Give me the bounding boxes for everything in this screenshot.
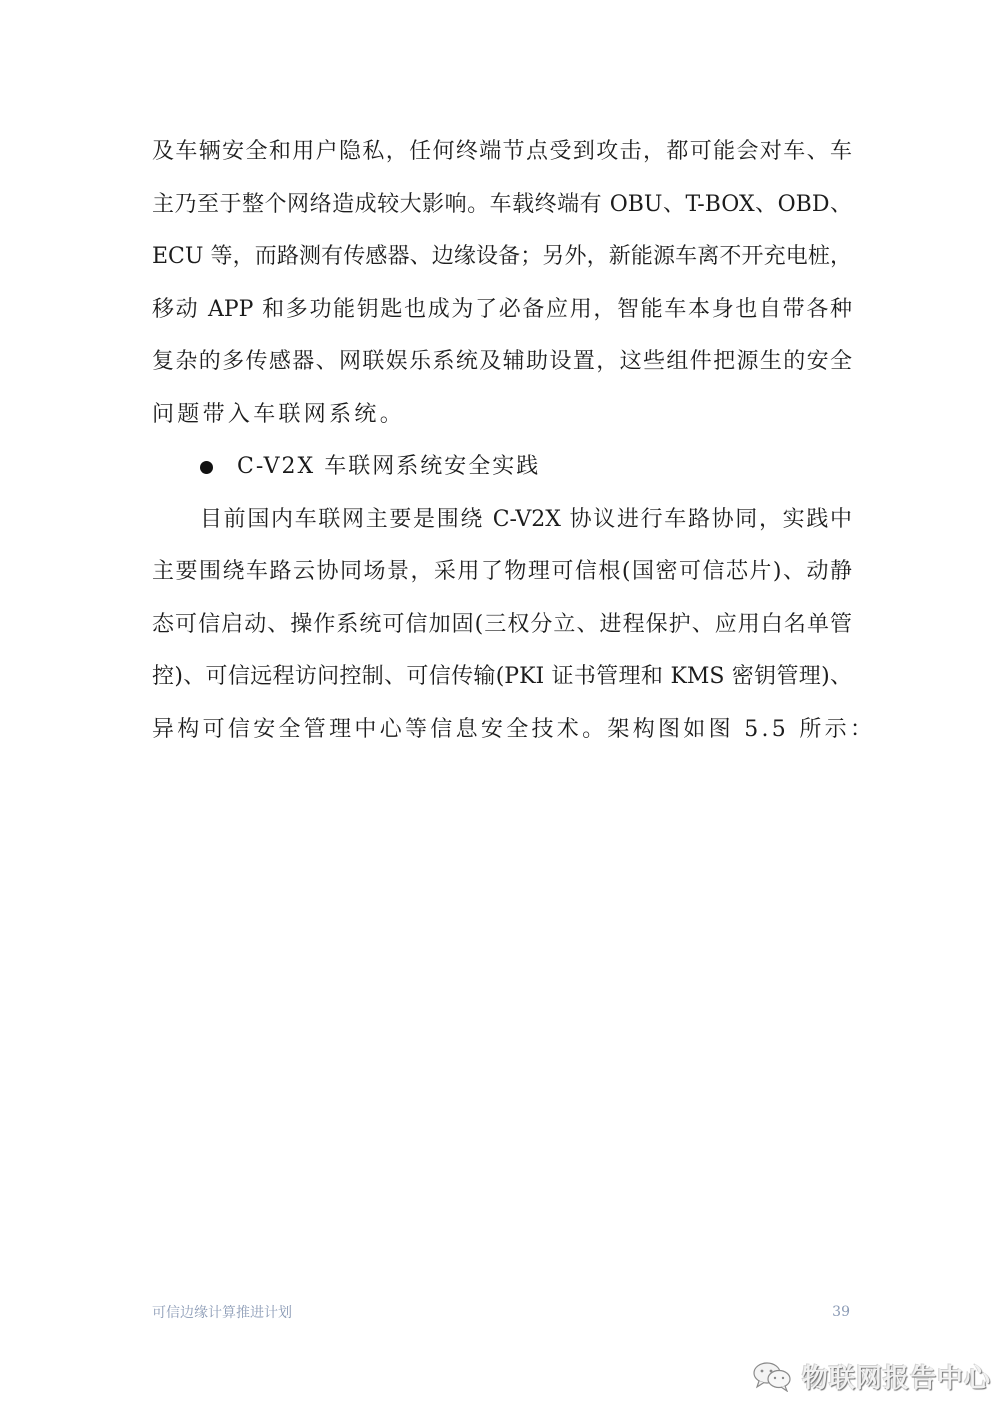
paragraph-2-line-2: 主要围绕车路云协同场景，采用了物理可信根(国密可信芯片)、动静 bbox=[152, 546, 852, 599]
paragraph-2-line-5: 异构可信安全管理中心等信息安全技术。架构图如图 5.5 所示： bbox=[152, 704, 852, 757]
paragraph-1-line-1: 及车辆安全和用户隐私，任何终端节点受到攻击，都可能会对车、车 bbox=[152, 126, 852, 179]
paragraph-1-line-4: 移动 APP 和多功能钥匙也成为了必备应用，智能车本身也自带各种 bbox=[152, 284, 852, 337]
page-number: 39 bbox=[832, 1304, 850, 1320]
document-page: 及车辆安全和用户隐私，任何终端节点受到攻击，都可能会对车、车 主乃至于整个网络造… bbox=[0, 0, 1000, 1415]
paragraph-2-line-3: 态可信启动、操作系统可信加固(三权分立、进程保护、应用白名单管 bbox=[152, 599, 852, 652]
paragraph-1-line-6: 问题带入车联网系统。 bbox=[152, 389, 852, 442]
paragraph-1-line-5: 复杂的多传感器、网联娱乐系统及辅助设置，这些组件把源生的安全 bbox=[152, 336, 852, 389]
watermark: 物联网报告中心 bbox=[752, 1356, 991, 1396]
paragraph-1-line-3: ECU 等，而路测有传感器、边缘设备；另外，新能源车离不开充电桩， bbox=[152, 231, 852, 284]
watermark-text: 物联网报告中心 bbox=[802, 1358, 991, 1395]
body-text: 及车辆安全和用户隐私，任何终端节点受到攻击，都可能会对车、车 主乃至于整个网络造… bbox=[152, 126, 852, 756]
paragraph-1-line-2: 主乃至于整个网络造成较大影响。车载终端有 OBU、T-BOX、OBD、 bbox=[152, 179, 852, 232]
page-footer: 可信边缘计算推进计划 39 bbox=[152, 1300, 850, 1324]
paragraph-2-line-4: 控)、可信远程访问控制、可信传输(PKI 证书管理和 KMS 密钥管理)、 bbox=[152, 651, 852, 704]
footer-title: 可信边缘计算推进计划 bbox=[152, 1302, 292, 1322]
wechat-icon bbox=[752, 1360, 792, 1392]
bullet-heading-text: C-V2X 车联网系统安全实践 bbox=[237, 441, 540, 494]
bullet-heading: C-V2X 车联网系统安全实践 bbox=[152, 441, 852, 494]
bullet-icon bbox=[200, 461, 213, 474]
paragraph-2-line-1: 目前国内车联网主要是围绕 C-V2X 协议进行车路协同，实践中 bbox=[152, 494, 852, 547]
